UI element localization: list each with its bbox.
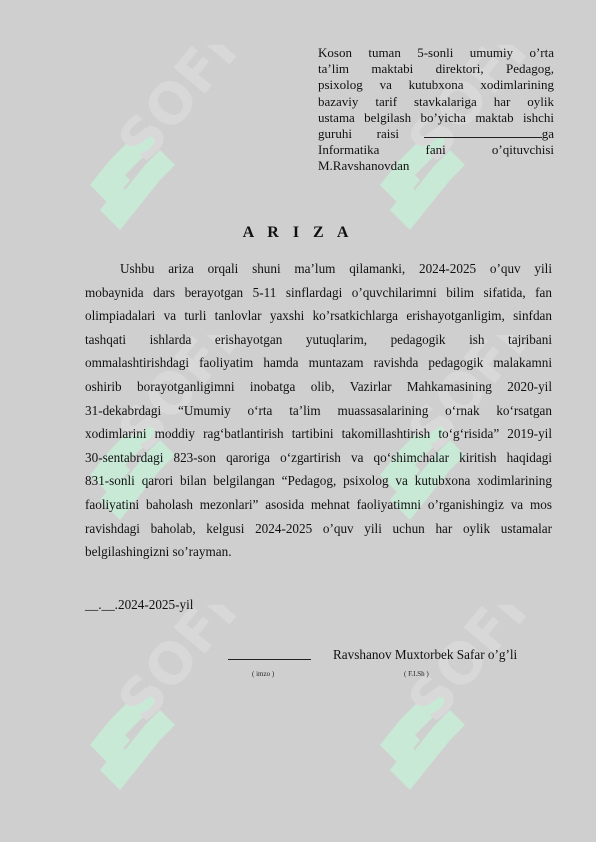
- date-line: __.__.2024-2025-yil: [85, 597, 193, 613]
- signatory-name: Ravshanov Muxtorbek Safar o’g’li: [333, 647, 517, 663]
- document-body: Ushbu ariza orqali shuni ma’lum qilamank…: [85, 257, 552, 564]
- raisi-suffix: ga: [542, 126, 554, 141]
- document-title: A R I Z A: [0, 224, 596, 242]
- addressee-from: M.Ravshanovdan: [318, 158, 554, 174]
- watermark-soff: SOFF: [75, 605, 275, 805]
- body-line: faoliyatini baholash mezonlari” asosida …: [85, 493, 552, 517]
- watermark-soff: SOFF: [365, 605, 565, 805]
- addressee-line: bazaviy tarif stavkalariga har oylik: [318, 94, 554, 110]
- addressee-line: ta’lim maktabi direktori, Pedagog,: [318, 61, 554, 77]
- addressee-line: Koson tuman 5-sonli umumiy o’rta: [318, 45, 554, 61]
- addressee-line: Informatika fani o’qituvchisi: [318, 142, 554, 158]
- body-line: mobaynida dars berayotgan 5-11 sinflarda…: [85, 281, 552, 305]
- addressee-block: Koson tuman 5-sonli umumiy o’rta ta’lim …: [318, 45, 554, 175]
- body-line: ravishdagi baholab, kelgusi 2024-2025 o’…: [85, 517, 552, 541]
- body-line: Ushbu ariza orqali shuni ma’lum qilamank…: [85, 257, 552, 281]
- body-line: olimpiadalari va turli tanlovlar yaxshi …: [85, 304, 552, 328]
- svg-text:SOFF: SOFF: [106, 605, 262, 734]
- signature-line: [228, 659, 311, 660]
- raisi-name-blank: [424, 126, 542, 138]
- addressee-raisi-line: guruhi raisi ga: [318, 126, 554, 142]
- svg-text:SOFF: SOFF: [106, 45, 262, 174]
- addressee-line: ustama belgilash bo’yicha maktab ishchi: [318, 110, 554, 126]
- body-line: oshirib borayotganligimni inobatga olib,…: [85, 375, 552, 399]
- body-line: xodimlarini moddiy rag‘batlantirish tart…: [85, 422, 552, 446]
- signature-caption: ( imzo ): [252, 670, 274, 678]
- raisi-prefix: guruhi raisi: [318, 126, 399, 141]
- body-line: 31-dekabrdagi “Umumiy o‘rta ta’lim muass…: [85, 399, 552, 423]
- addressee-line: psixolog va kutubxona xodimlarining: [318, 77, 554, 93]
- body-line: belgilashingizni so’rayman.: [85, 540, 552, 564]
- body-line: 831-sonli qarori bilan belgilangan “Peda…: [85, 469, 552, 493]
- body-line: tashqati ishlarda erishayotgan yutuqlari…: [85, 328, 552, 352]
- body-line: 30-sentabrdagi 823-son qaroriga o‘zgarti…: [85, 446, 552, 470]
- name-caption: ( F.I.Sh ): [404, 670, 429, 678]
- body-line: ommalashtirishdagi faoliyatim hamda munt…: [85, 351, 552, 375]
- watermark-soff: SOFF: [75, 45, 275, 245]
